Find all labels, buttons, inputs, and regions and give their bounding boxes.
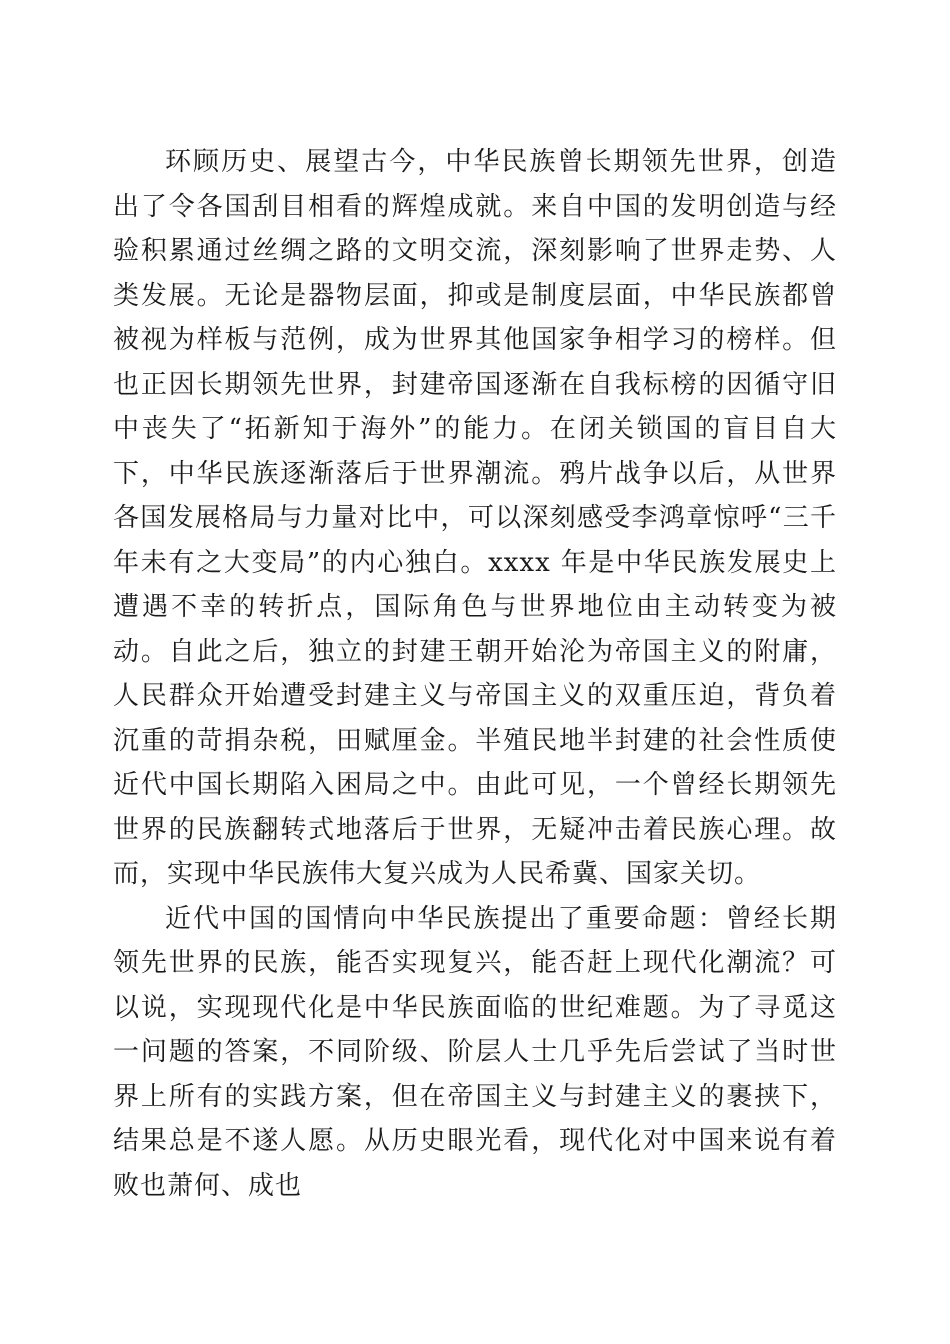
body-paragraph-1: 环顾历史、展望古今，中华民族曾长期领先世界，创造出了令各国刮目相看的辉煌成就。来… <box>113 140 837 897</box>
document-body: 环顾历史、展望古今，中华民族曾长期领先世界，创造出了令各国刮目相看的辉煌成就。来… <box>113 140 837 1208</box>
body-paragraph-2: 近代中国的国情向中华民族提出了重要命题：曾经长期领先世界的民族，能否实现复兴，能… <box>113 897 837 1209</box>
document-page: 环顾历史、展望古今，中华民族曾长期领先世界，创造出了令各国刮目相看的辉煌成就。来… <box>0 0 950 1344</box>
